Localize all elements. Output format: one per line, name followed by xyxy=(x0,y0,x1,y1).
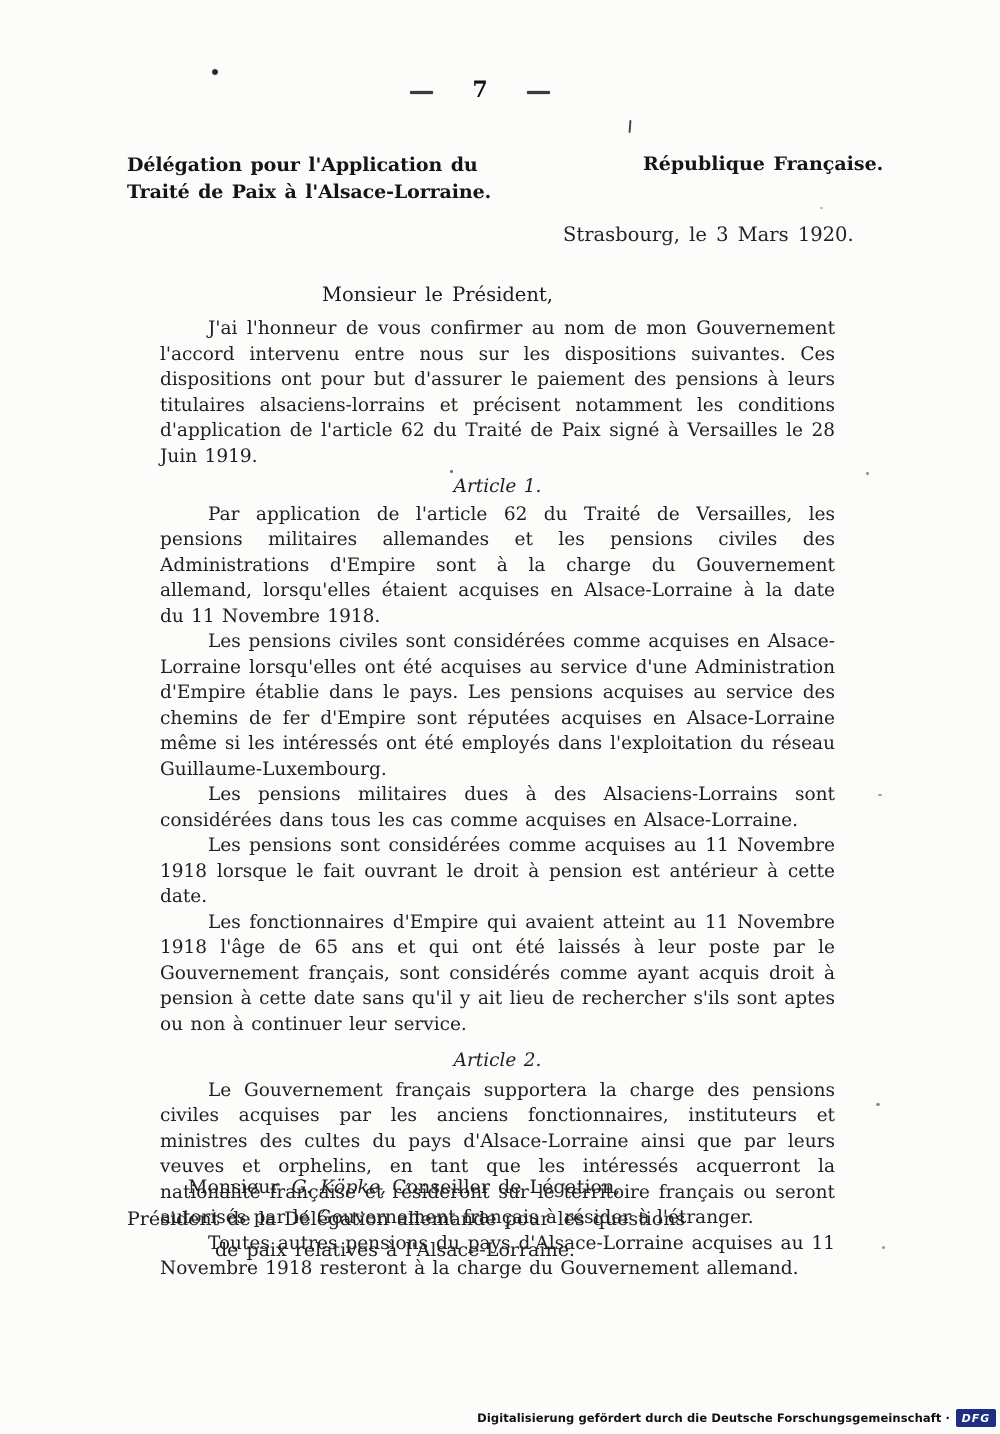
addressee-name: G. Köpke, xyxy=(292,1176,387,1198)
article-1-title: Article 1. xyxy=(160,474,835,500)
scanned-document-page: 7 Délégation pour l'Application du Trait… xyxy=(0,0,1000,1434)
article-1-paragraph: Les pensions militaires dues à des Alsac… xyxy=(160,782,835,833)
dateline: Strasbourg, le 3 Mars 1920. xyxy=(563,223,854,246)
ink-speck xyxy=(866,472,869,475)
salutation: Monsieur le Président, xyxy=(322,283,553,306)
sender-letterhead-line1: Délégation pour l'Application du xyxy=(127,152,491,179)
ink-speck xyxy=(876,1103,880,1106)
digitization-footer: Digitalisierung gefördert durch die Deut… xyxy=(477,1409,996,1427)
republic-heading: République Française. xyxy=(643,153,883,175)
closing-line-3: de paix relatives à l'Alsace-Lorraine. xyxy=(215,1239,575,1261)
digitization-credit-text: Digitalisierung gefördert durch die Deut… xyxy=(477,1411,950,1425)
letter-body: J'ai l'honneur de vous confirmer au nom … xyxy=(160,316,835,1282)
article-1-paragraph: Les fonctionnaires d'Empire qui avaient … xyxy=(160,910,835,1038)
sender-letterhead: Délégation pour l'Application du Traité … xyxy=(127,152,491,206)
page-number: 7 xyxy=(472,77,487,103)
page-number-header: 7 xyxy=(410,78,550,106)
closing-line-1: MonsieurG. Köpke,Conseiller de Légation, xyxy=(188,1176,620,1198)
article-1-paragraph: Par application de l'article 62 du Trait… xyxy=(160,502,835,630)
closing-prefix: Monsieur xyxy=(188,1176,280,1198)
ink-speck xyxy=(878,794,882,796)
sender-letterhead-line2: Traité de Paix à l'Alsace-Lorraine. xyxy=(127,179,491,206)
article-1-paragraph: Les pensions civiles sont considérées co… xyxy=(160,629,835,782)
ink-speck xyxy=(820,207,823,209)
page-number-left-dash xyxy=(410,91,433,94)
article-1-paragraph: Les pensions sont considérées comme acqu… xyxy=(160,833,835,910)
closing-line-2: Président de la Délégation allemande pou… xyxy=(127,1208,685,1230)
addressee-title: Conseiller de Légation, xyxy=(392,1176,620,1198)
page-number-right-dash xyxy=(527,91,550,94)
ink-speck xyxy=(882,1246,885,1249)
intro-paragraph: J'ai l'honneur de vous confirmer au nom … xyxy=(160,316,835,469)
dfg-logo: DFG xyxy=(956,1409,996,1427)
article-2-title: Article 2. xyxy=(160,1048,835,1074)
ink-speck xyxy=(212,69,218,75)
ink-tick-mark xyxy=(629,120,632,133)
